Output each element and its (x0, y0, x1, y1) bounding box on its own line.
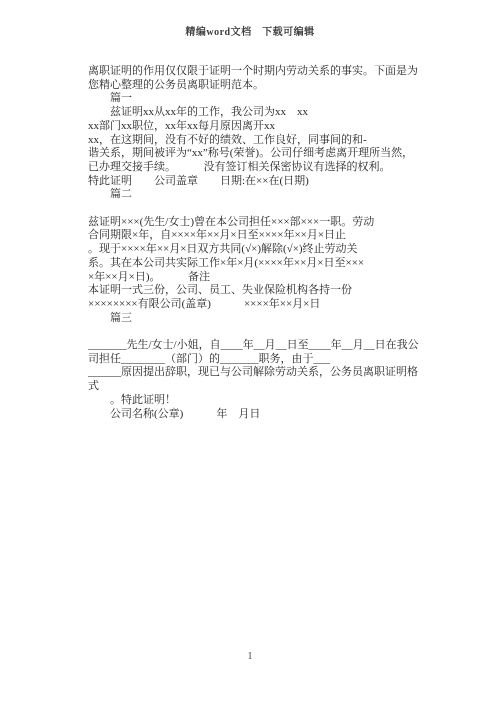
document-line: 公司名称(公章) 年 月日 (88, 408, 428, 422)
document-line: 谐关系，期间被评为“xx”称号(荣誉)。公司仔细考虑离开理所当然， (88, 147, 428, 161)
document-line: 司担任________（部门）的_______职务，由于___ (88, 353, 428, 367)
document-line: ××××××××有限公司(盖章) ××××年××月×日 (88, 298, 428, 312)
document-line: ______原因提出辞职，现已与公司解除劳动关系，公务员离职证明格 (88, 366, 428, 380)
document-line: 系。其在本公司共实际工作×年×月(××××年××月×日至××× (88, 257, 428, 271)
document-line: 您精心整理的公务员离职证明范本。 (88, 79, 428, 93)
document-line: 篇三 (88, 312, 428, 326)
document-line (88, 325, 428, 339)
document-line: _______先生/女士/小姐，自____年__月__日至____年__月__日… (88, 339, 428, 353)
document-line: 合同期限×年，自××××年××月×日至××××年××月×日止 (88, 229, 428, 243)
document-line: 本证明一式三份，公司、员工、失业保险机构各持一份 (88, 284, 428, 298)
document-header: 精编word文档 下载可编辑 (0, 23, 500, 38)
document-line (88, 202, 428, 216)
document-line: 。现于××××年××月×日双方共同(√×)解除(√×)终止劳动关 (88, 243, 428, 257)
document-line: ×年××月×日)。 备注 (88, 271, 428, 285)
document-body: 离职证明的作用仅仅限于证明一个时期内劳动关系的事实。下面是为您精心整理的公务员离… (88, 65, 428, 421)
document-line: 篇二 (88, 188, 428, 202)
document-line: xx，在这期间，没有不好的绩效、工作良好，同事间的和- (88, 134, 428, 148)
page-number: 1 (0, 651, 500, 662)
document-line: 特此证明 公司盖章 日期:在××在(日期) (88, 175, 428, 189)
document-page: 精编word文档 下载可编辑 离职证明的作用仅仅限于证明一个时期内劳动关系的事实… (0, 0, 500, 708)
document-line: 式 (88, 380, 428, 394)
document-line: 。特此证明！ (88, 394, 428, 408)
document-line: 已办理交接手续。 没有签订相关保密协议有选择的权利。 (88, 161, 428, 175)
document-line: xx部门xx职位，xx年xx每月原因离开xx (88, 120, 428, 134)
document-line: 兹证明xx从xx年的工作，我公司为xx xx (88, 106, 428, 120)
document-line: 兹证明×××(先生/女士)曾在本公司担任×××部×××一职。劳动 (88, 216, 428, 230)
document-line: 离职证明的作用仅仅限于证明一个时期内劳动关系的事实。下面是为 (88, 65, 428, 79)
document-line: 篇一 (88, 92, 428, 106)
